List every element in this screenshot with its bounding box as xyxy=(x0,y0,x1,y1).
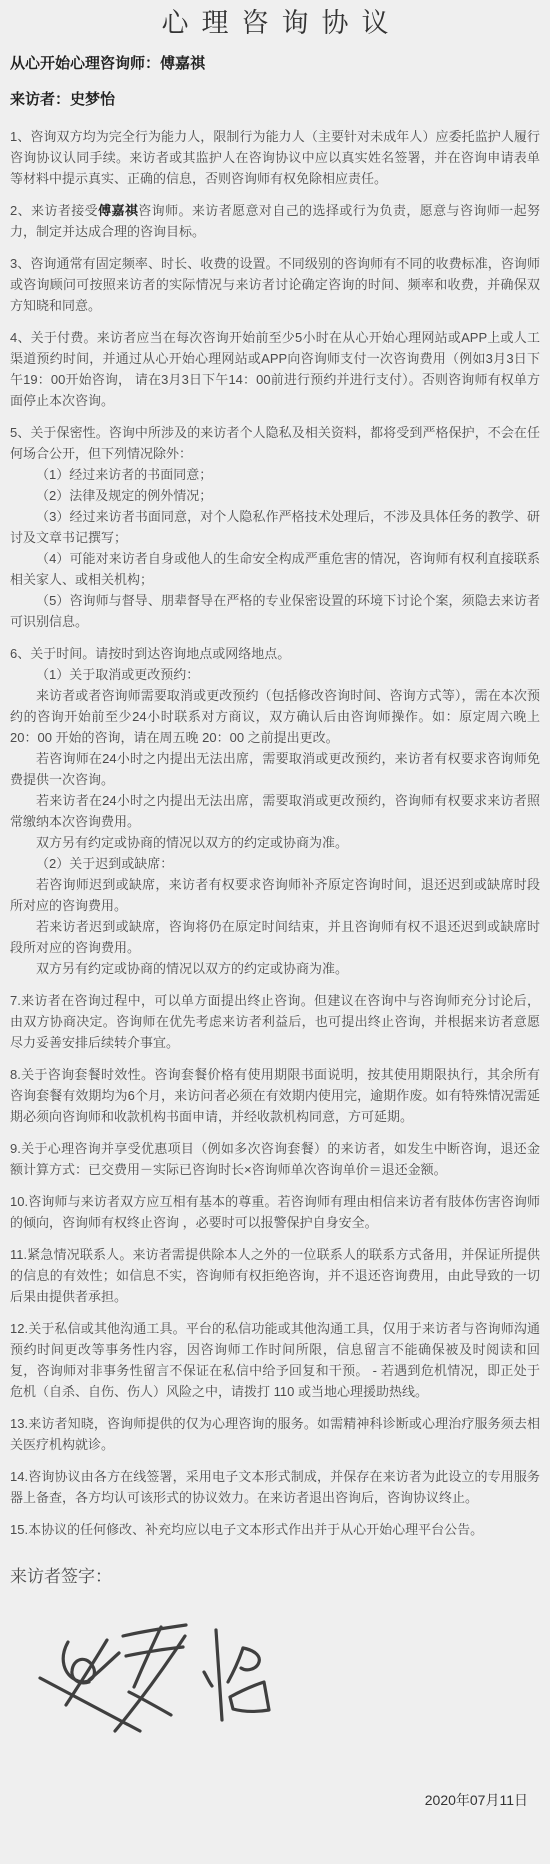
clause-6-item-2: 来访者或者咨询师需要取消或更改预约（包括修改咨询时间、咨询方式等），需在本次预约… xyxy=(10,685,540,748)
clause-6-item-6: （2）关于迟到或缺席： xyxy=(10,853,540,874)
clause-5-item-2: （2）法律及规定的例外情况； xyxy=(10,485,540,506)
clause-10: 10.咨询师与来访者双方应互相有基本的尊重。若咨询师有理由相信来访者有肢体伤害咨… xyxy=(10,1191,540,1233)
clause-11: 11.紧急情况联系人。来访者需提供除本人之外的一位联系人的联系方式备用，并保证所… xyxy=(10,1244,540,1307)
clause-5-item-4: （4）可能对来访者自身或他人的生命安全构成严重危害的情况，咨询师有权利直接联系相… xyxy=(10,548,540,590)
clause-7: 7.来访者在咨询过程中，可以单方面提出终止咨询。但建议在咨询中与咨询师充分讨论后… xyxy=(10,990,540,1053)
clause-13: 13.来访者知晓，咨询师提供的仅为心理咨询的服务。如需精神科诊断或心理治疗服务须… xyxy=(10,1413,540,1455)
clause-6-item-5: 双方另有约定或协商的情况以双方的约定或协商为准。 xyxy=(10,832,540,853)
clause-6-item-7: 若咨询师迟到或缺席，来访者有权要求咨询师补齐原定咨询时间，退还迟到或缺席时段所对… xyxy=(10,874,540,916)
clause-15: 15.本协议的任何修改、补充均应以电子文本形式作出并于从心开始心理平台公告。 xyxy=(10,1519,540,1540)
signature-ink-drawing xyxy=(28,1598,308,1778)
clause-4: 4、关于付费。来访者应当在每次咨询开始前至少5小时在从心开始心理网站或APP上或… xyxy=(10,327,540,411)
clause-2: 2、来访者接受傅嘉祺咨询师。来访者愿意对自己的选择或行为负责，愿意与咨询师一起努… xyxy=(10,200,540,242)
clause-2-counselor-name: 傅嘉祺 xyxy=(98,203,138,218)
clause-12: 12.关于私信或其他沟通工具。平台的私信功能或其他沟通工具，仅用于来访者与咨询师… xyxy=(10,1318,540,1402)
clause-6-item-1: （1）关于取消或更改预约： xyxy=(10,664,540,685)
clause-5-item-3: （3）经过来访者书面同意，对个人隐私作严格技术处理后，不涉及具体任务的教学、研讨… xyxy=(10,506,540,548)
clause-9: 9.关于心理咨询并享受优惠项目（例如多次咨询套餐）的来访者，如发生中断咨询，退还… xyxy=(10,1138,540,1180)
clause-6-item-9: 双方另有约定或协商的情况以双方的约定或协商为准。 xyxy=(10,958,540,979)
visitor-signature-label: 来访者签字： xyxy=(10,1566,540,1588)
clause-5: 5、关于保密性。咨询中所涉及的来访者个人隐私及相关资料，都将受到严格保护，不会在… xyxy=(10,422,540,464)
visitor-signature xyxy=(28,1598,540,1788)
clause-5-item-5: （5）咨询师与督导、朋辈督导在严格的专业保密设置的环境下讨论个案，须隐去来访者可… xyxy=(10,590,540,632)
clause-6-item-8: 若来访者迟到或缺席，咨询将仍在原定时间结束，并且咨询师有权不退还迟到或缺席时段所… xyxy=(10,916,540,958)
clause-6: 6、关于时间。请按时到达咨询地点或网络地点。 xyxy=(10,643,540,664)
page-title: 心理咨询协议 xyxy=(10,6,540,40)
signature-date: 2020年07月11日 xyxy=(10,1790,540,1810)
clause-3: 3、咨询通常有固定频率、时长、收费的设置。不同级别的咨询师有不同的收费标准，咨询… xyxy=(10,253,540,316)
clause-1: 1、咨询双方均为完全行为能力人，限制行为能力人（主要针对未成年人）应委托监护人履… xyxy=(10,126,540,189)
clause-14: 14.咨询协议由各方在线签署，采用电子文本形式制成，并保存在来访者为此设立的专用… xyxy=(10,1466,540,1508)
agreement-clauses: 1、咨询双方均为完全行为能力人，限制行为能力人（主要针对未成年人）应委托监护人履… xyxy=(10,126,540,1540)
clause-2-prefix: 2、来访者接受 xyxy=(10,203,98,218)
clause-5-item-1: （1）经过来访者的书面同意； xyxy=(10,464,540,485)
clause-8: 8.关于咨询套餐时效性。咨询套餐价格有使用期限书面说明，按其使用期限执行，其余所… xyxy=(10,1064,540,1127)
counselor-name-line: 从心开始心理咨询师：傅嘉祺 xyxy=(10,54,540,74)
visitor-name-line: 来访者：史梦怡 xyxy=(10,90,540,110)
clause-6-item-3: 若咨询师在24小时之内提出无法出席，需要取消或更改预约，来访者有权要求咨询师免费… xyxy=(10,748,540,790)
agreement-document: 心理咨询协议 从心开始心理咨询师：傅嘉祺 来访者：史梦怡 1、咨询双方均为完全行… xyxy=(0,0,550,1864)
clause-6-item-4: 若来访者在24小时之内提出无法出席，需要取消或更改预约，咨询师有权要求来访者照常… xyxy=(10,790,540,832)
